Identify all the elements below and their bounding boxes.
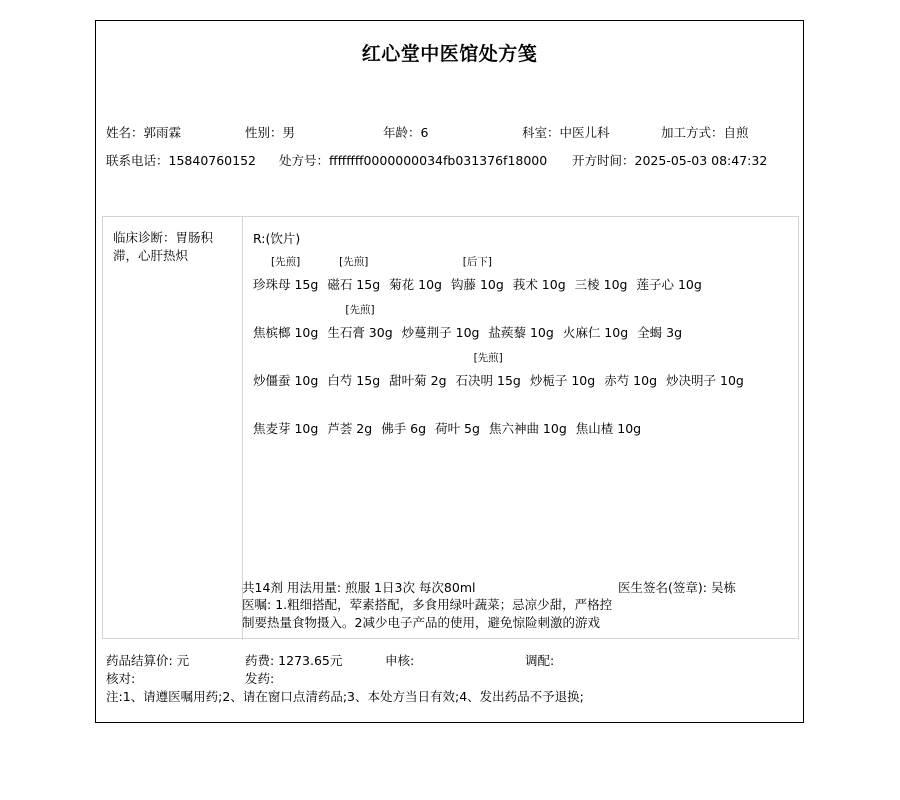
herb-name-dose: 芦荟 2g (327, 421, 372, 436)
herb-line: 焦槟榔 10g[先煎]生石膏 30g炒蔓荆子 10g盐蒺藜 10g火麻仁 10g… (253, 323, 691, 363)
herb-item: 焦麦芽 10g (253, 419, 318, 437)
review: 申核: (385, 651, 414, 669)
herb-name-dose: 盐蒺藜 10g (488, 325, 553, 340)
herb-item: [后下]钩藤 10g (451, 275, 504, 293)
column-divider (242, 217, 243, 640)
usage-dosage: 共14剂 用法用量: 煎服 1日3次 每次80ml (242, 578, 475, 596)
settlement-price: 药品结算价: 元 (106, 651, 189, 669)
herb-name-dose: 莪术 10g (513, 277, 566, 292)
herb-name-dose: 莲子心 10g (636, 277, 701, 292)
herb-name-dose: 焦麦芽 10g (253, 421, 318, 436)
doctor-signature: 医生签名(签章): 吴栋 (618, 578, 736, 596)
herb-note: [先煎] (345, 302, 374, 317)
herb-item: 莲子心 10g (636, 275, 701, 293)
herb-name-dose: 荷叶 5g (435, 421, 480, 436)
herb-item: 白芍 15g (327, 371, 380, 389)
herb-name-dose: 三棱 10g (575, 277, 628, 292)
herb-item: 炒决明子 10g (666, 371, 744, 389)
herb-item: [先煎]生石膏 30g (327, 323, 392, 341)
herb-item: 焦六神曲 10g (489, 419, 567, 437)
herb-name-dose: 焦槟榔 10g (253, 325, 318, 340)
herb-item: [先煎]珍珠母 15g (253, 275, 318, 293)
herb-item: [先煎]石决明 15g (456, 371, 521, 389)
herb-item: 莪术 10g (513, 275, 566, 293)
patient-name: 姓名：郭雨霖 (106, 123, 181, 141)
herb-item: 荷叶 5g (435, 419, 480, 437)
department: 科室：中医儿科 (522, 123, 610, 141)
check: 核对: (106, 669, 135, 687)
herb-item: 盐蒺藜 10g (488, 323, 553, 341)
herb-name-dose: 炒决明子 10g (666, 373, 744, 388)
herb-name-dose: 菊花 10g (389, 277, 442, 292)
prescription-time: 开方时间：2025-05-03 08:47:32 (572, 151, 767, 169)
herb-item: 全蝎 3g (637, 323, 682, 341)
herb-item: 焦山楂 10g (576, 419, 641, 437)
page-title: 红心堂中医馆处方笺 (96, 39, 803, 66)
herb-item: 三棱 10g (575, 275, 628, 293)
patient-age: 年龄：6 (383, 123, 428, 141)
herb-item: 炒蔓荆子 10g (402, 323, 480, 341)
herb-name-dose: 火麻仁 10g (563, 325, 628, 340)
herb-note: [后下] (463, 254, 492, 269)
herb-item: [先煎]磁石 15g (327, 275, 380, 293)
doctor-advice: 医嘱: 1.粗细搭配，荤素搭配，多食用绿叶蔬菜；忌凉少甜，严格控制要热量食物摄入… (242, 596, 620, 632)
herb-name-dose: 钩藤 10g (451, 277, 504, 292)
rx-header: R:(饮片) (253, 229, 300, 247)
clinical-diagnosis: 临床诊断：胃肠积滞，心肝热炽 (113, 229, 231, 265)
herb-name-dose: 磁石 15g (327, 277, 380, 292)
prescription-body: 临床诊断：胃肠积滞，心肝热炽 R:(饮片) [先煎]珍珠母 15g[先煎]磁石 … (102, 216, 799, 639)
prescription-sheet: 红心堂中医馆处方笺 姓名：郭雨霖 性别：男 年龄：6 科室：中医儿科 加工方式：… (95, 20, 804, 723)
herb-name-dose: 白芍 15g (327, 373, 380, 388)
herb-name-dose: 焦六神曲 10g (489, 421, 567, 436)
herb-name-dose: 赤芍 10g (604, 373, 657, 388)
herb-note: [先煎] (339, 254, 368, 269)
herb-item: 炒僵蚕 10g (253, 371, 318, 389)
herb-note: [先煎] (271, 254, 300, 269)
herb-line: [先煎]珍珠母 15g[先煎]磁石 15g菊花 10g[后下]钩藤 10g莪术 … (253, 275, 711, 315)
herb-item: 菊花 10g (389, 275, 442, 293)
herb-name-dose: 生石膏 30g (327, 325, 392, 340)
herb-name-dose: 佛手 6g (381, 421, 426, 436)
herb-item: 赤芍 10g (604, 371, 657, 389)
patient-gender: 性别：男 (245, 123, 295, 141)
phone: 联系电话：15840760152 (106, 151, 256, 169)
herb-item: 甜叶菊 2g (389, 371, 446, 389)
dispense: 调配: (525, 651, 554, 669)
herb-line: 炒僵蚕 10g白芍 15g甜叶菊 2g[先煎]石决明 15g炒栀子 10g赤芍 … (253, 371, 753, 411)
herb-note: [先煎] (474, 350, 503, 365)
processing-method: 加工方式：自煎 (661, 123, 749, 141)
herb-item: 焦槟榔 10g (253, 323, 318, 341)
herb-name-dose: 炒僵蚕 10g (253, 373, 318, 388)
herb-line: 焦麦芽 10g芦荟 2g佛手 6g荷叶 5g焦六神曲 10g焦山楂 10g (253, 419, 650, 459)
herb-item: 炒栀子 10g (530, 371, 595, 389)
herb-item: 芦荟 2g (327, 419, 372, 437)
herb-name-dose: 炒蔓荆子 10g (402, 325, 480, 340)
drug-fee: 药费: 1273.65元 (245, 651, 342, 669)
herb-name-dose: 珍珠母 15g (253, 277, 318, 292)
prescription-number: 处方号：ffffffff0000000034fb031376f18000 (279, 151, 547, 169)
herb-item: 佛手 6g (381, 419, 426, 437)
herb-item: 火麻仁 10g (563, 323, 628, 341)
herb-name-dose: 炒栀子 10g (530, 373, 595, 388)
issue-drug: 发药: (245, 669, 274, 687)
herb-name-dose: 甜叶菊 2g (389, 373, 446, 388)
herb-name-dose: 焦山楂 10g (576, 421, 641, 436)
herb-name-dose: 石决明 15g (456, 373, 521, 388)
herb-name-dose: 全蝎 3g (637, 325, 682, 340)
